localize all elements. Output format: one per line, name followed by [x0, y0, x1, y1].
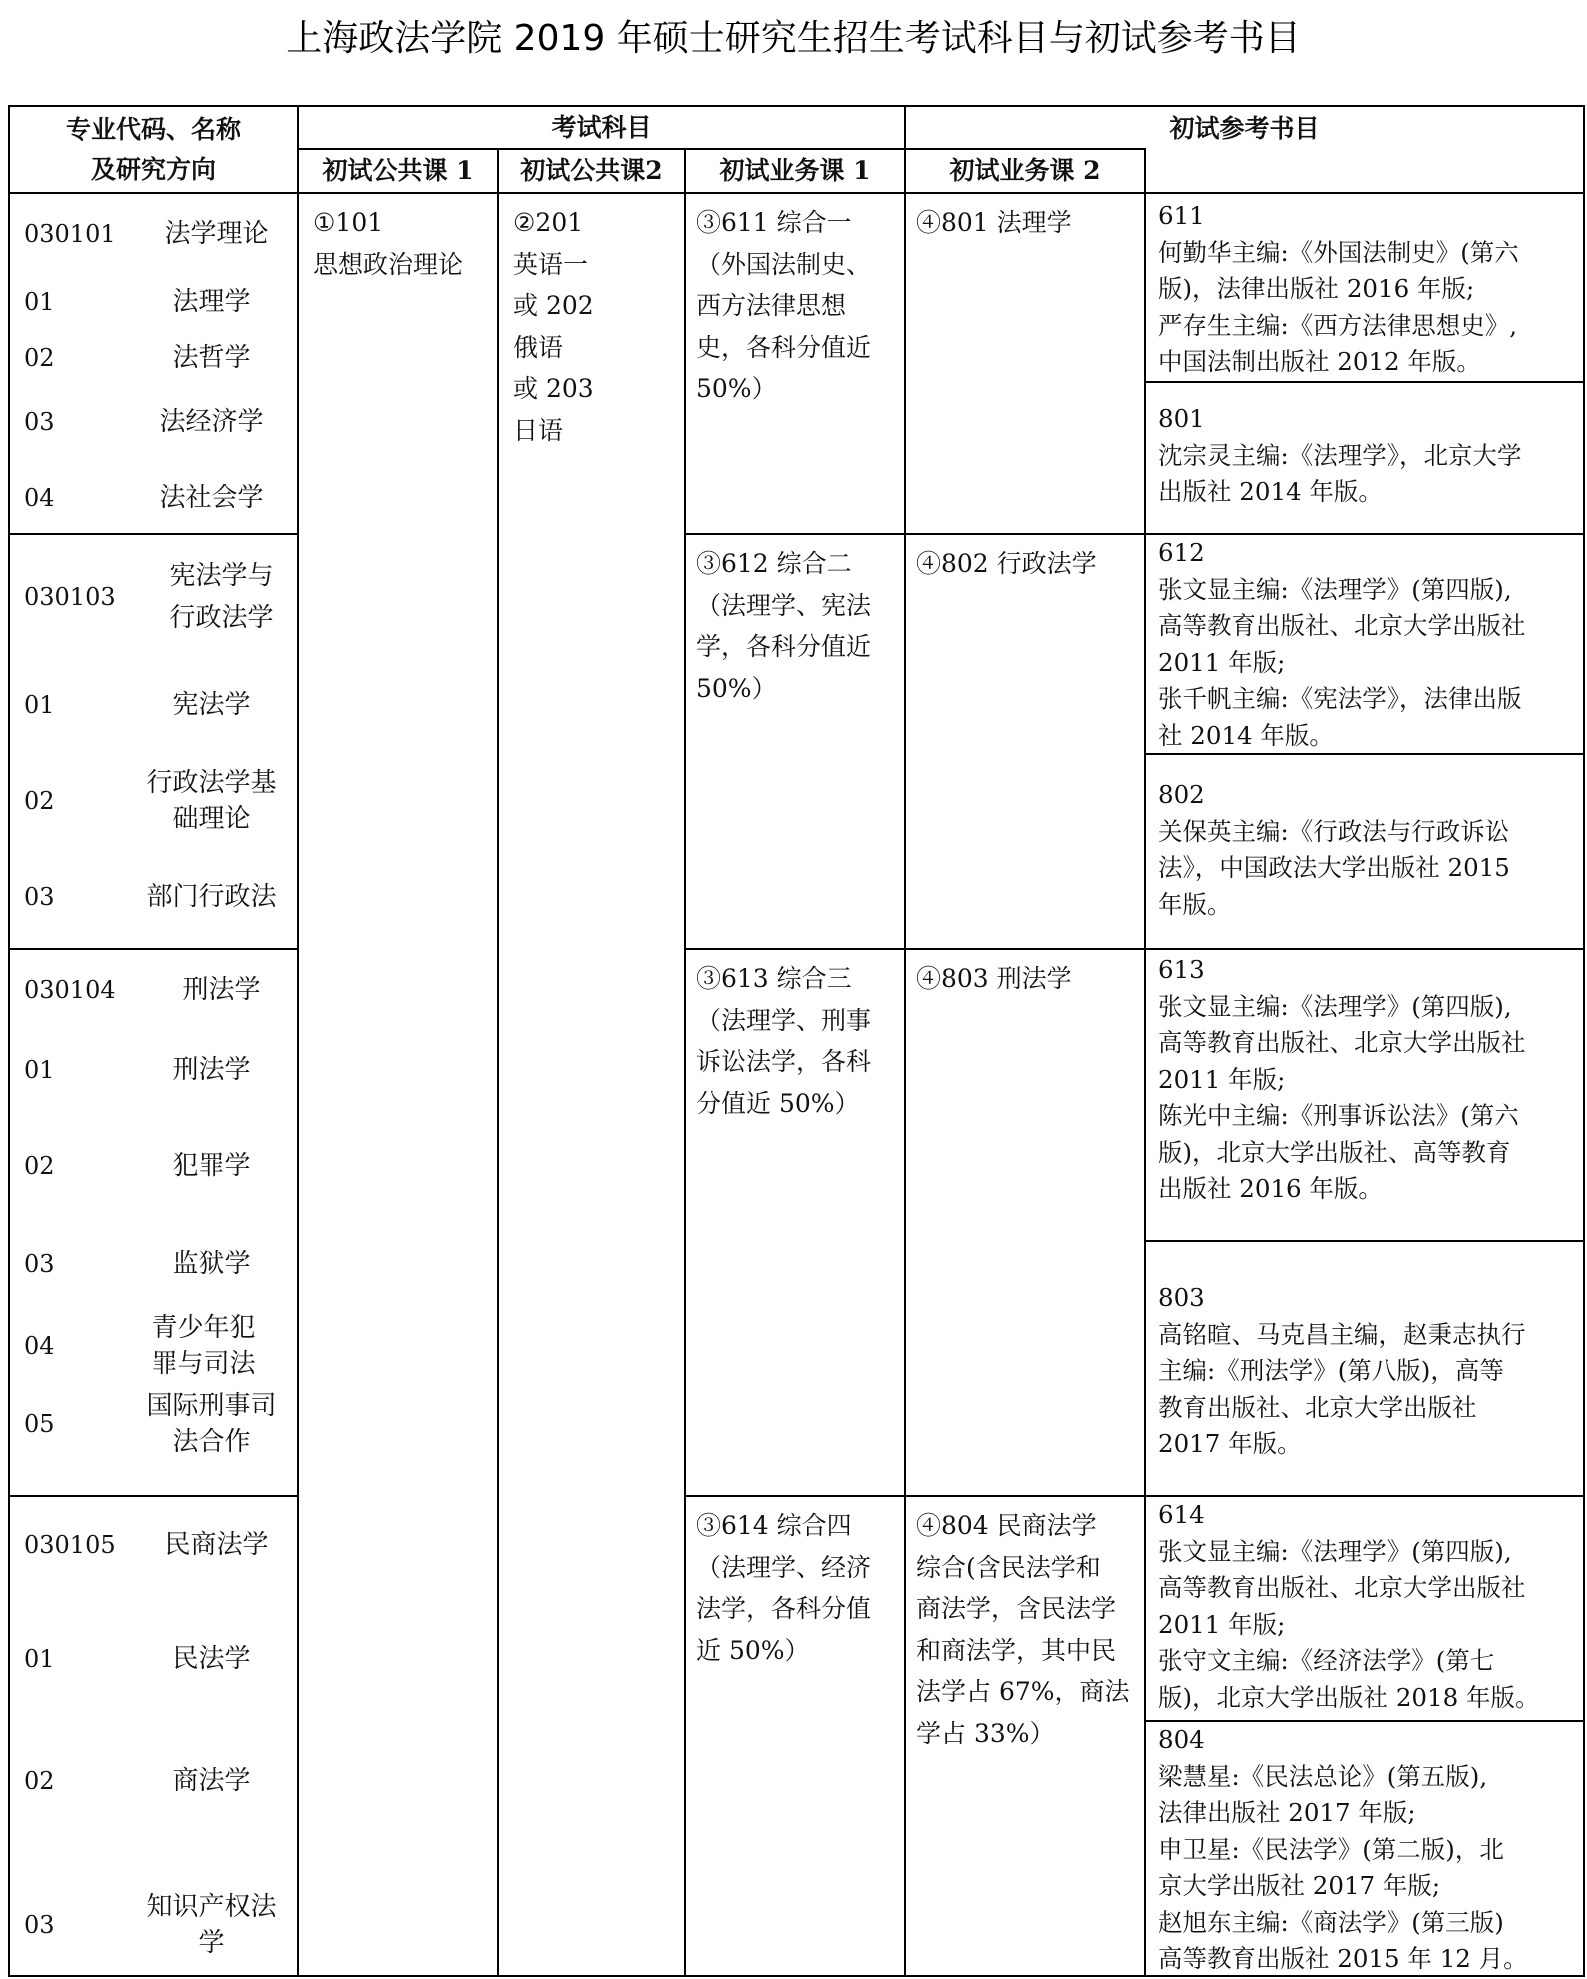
direction-name: 青少年犯罪与司法	[134, 1310, 289, 1382]
direction-name: 法社会学	[134, 480, 289, 516]
ref-code: 611	[1158, 198, 1573, 235]
ref-line: 沈宗灵主编:《法理学》，北京大学	[1158, 438, 1573, 475]
public-course-1-cell: ①101 思想政治理论	[297, 192, 499, 1977]
ref-line: 何勤华主编:《外国法制史》(第六	[1158, 235, 1573, 272]
major-name: 刑法学	[134, 972, 289, 1008]
direction-name: 法哲学	[134, 340, 289, 376]
ref-line: 张守文主编:《经济法学》(第七	[1158, 1643, 1573, 1680]
direction-code: 02	[24, 1152, 134, 1180]
ref-line: 张文显主编:《法理学》(第四版),	[1158, 989, 1573, 1026]
business2-line: ④801 法理学	[916, 202, 1136, 244]
ref-line: 张文显主编:《法理学》(第四版),	[1158, 572, 1573, 609]
header-major-label: 专业代码、名称 及研究方向	[66, 110, 241, 190]
major-name: 法学理论	[134, 216, 289, 252]
header-business-2: 初试业务课 2	[904, 148, 1146, 194]
direction-code: 02	[24, 344, 134, 372]
business-2-cell-804: ④804 民商法学 综合(含民法学和 商法学，含民法学 和商法学，其中民 法学占…	[904, 1495, 1146, 1977]
ref-cell-612: 612 张文显主编:《法理学》(第四版), 高等教育出版社、北京大学出版社 20…	[1144, 533, 1585, 755]
public2-line: 或 202	[513, 285, 676, 327]
business1-line: 法学，各科分值	[696, 1588, 896, 1630]
ref-line: 张文显主编:《法理学》(第四版),	[1158, 1534, 1573, 1571]
business2-line: 法学占 67%，商法	[916, 1671, 1136, 1713]
business-1-cell-613: ③613 综合三 （法理学、刑事 诉讼法学，各科 分值近 50%）	[684, 948, 906, 1497]
major-cell-030104: 030104刑法学 01刑法学 02犯罪学 03监狱学 04青少年犯罪与司法 0…	[8, 948, 299, 1497]
public2-line: 日语	[513, 410, 676, 452]
business-2-cell-803: ④803 刑法学	[904, 948, 1146, 1497]
business1-line: 史，各科分值近	[696, 327, 896, 369]
ref-line: 梁慧星:《民法总论》(第五版),	[1158, 1759, 1573, 1796]
ref-line: 法律出版社 2017 年版;	[1158, 1795, 1573, 1832]
business2-line: 商法学，含民法学	[916, 1588, 1136, 1630]
header-public-1-label: 初试公共课 1	[322, 151, 473, 191]
ref-code: 612	[1158, 535, 1573, 572]
major-code: 030104	[24, 976, 134, 1004]
business1-line: 50%）	[696, 368, 896, 410]
major-cell-030103: 030103宪法学与行政法学 01宪法学 02行政法学基础理论 03部门行政法	[8, 533, 299, 950]
business-1-cell-611: ③611 综合一 （外国法制史、 西方法律思想 史，各科分值近 50%）	[684, 192, 906, 535]
ref-line: 出版社 2016 年版。	[1158, 1171, 1573, 1208]
ref-line: 版)，法律出版社 2016 年版;	[1158, 271, 1573, 308]
direction-name: 法经济学	[134, 404, 289, 440]
ref-code: 804	[1158, 1722, 1573, 1759]
direction-name: 宪法学	[134, 687, 289, 723]
ref-line: 法》，中国政法大学出版社 2015	[1158, 850, 1573, 887]
business-1-cell-614: ③614 综合四 （法理学、经济 法学，各科分值 近 50%）	[684, 1495, 906, 1977]
header-major: 专业代码、名称 及研究方向	[8, 105, 299, 194]
public-course-2-cell: ②201 英语一 或 202 俄语 或 203 日语	[497, 192, 686, 1977]
ref-line: 中国法制出版社 2012 年版。	[1158, 344, 1573, 381]
business1-line: （法理学、经济	[696, 1547, 896, 1589]
direction-code: 03	[24, 408, 134, 436]
business-1-cell-612: ③612 综合二 （法理学、宪法 学，各科分值近 50%）	[684, 533, 906, 950]
direction-code: 02	[24, 787, 134, 815]
business2-line: 学占 33%）	[916, 1713, 1136, 1755]
ref-cell-801: 801 沈宗灵主编:《法理学》，北京大学 出版社 2014 年版。	[1144, 381, 1585, 535]
ref-line: 2011 年版;	[1158, 1062, 1573, 1099]
direction-code: 01	[24, 288, 134, 316]
header-public-2-label: 初试公共课2	[520, 151, 662, 191]
business1-line: 西方法律思想	[696, 285, 896, 327]
direction-name: 犯罪学	[134, 1148, 289, 1184]
direction-name: 商法学	[134, 1763, 289, 1799]
header-reference-books-label: 初试参考书目	[1169, 109, 1319, 149]
ref-line: 陈光中主编:《刑事诉讼法》(第六	[1158, 1098, 1573, 1135]
ref-line: 高等教育出版社、北京大学出版社	[1158, 608, 1573, 645]
ref-line: 赵旭东主编:《商法学》(第三版)	[1158, 1905, 1573, 1942]
direction-code: 03	[24, 1250, 134, 1278]
business1-line: （法理学、宪法	[696, 585, 896, 627]
header-public-2: 初试公共课2	[497, 148, 686, 194]
direction-name: 部门行政法	[134, 879, 289, 915]
public2-line: 俄语	[513, 327, 676, 369]
business2-line: ④803 刑法学	[916, 958, 1136, 1000]
business2-line: 和商法学，其中民	[916, 1630, 1136, 1672]
business1-line: ③612 综合二	[696, 543, 896, 585]
major-cell-030101: 030101法学理论 01法理学 02法哲学 03法经济学 04法社会学	[8, 192, 299, 535]
ref-line: 教育出版社、北京大学出版社	[1158, 1390, 1573, 1427]
major-code: 030105	[24, 1531, 134, 1559]
public2-line: 或 203	[513, 368, 676, 410]
page-title: 上海政法学院 2019 年硕士研究生招生考试科目与初试参考书目	[0, 10, 1587, 61]
public2-line: ②201	[513, 202, 676, 244]
direction-code: 01	[24, 1056, 134, 1084]
direction-code: 01	[24, 1645, 134, 1673]
business-2-cell-802: ④802 行政法学	[904, 533, 1146, 950]
ref-line: 出版社 2014 年版。	[1158, 474, 1573, 511]
ref-line: 张千帆主编:《宪法学》，法律出版	[1158, 681, 1573, 718]
direction-name: 民法学	[134, 1641, 289, 1677]
direction-code: 03	[24, 1911, 134, 1939]
ref-cell-804: 804 梁慧星:《民法总论》(第五版), 法律出版社 2017 年版; 申卫星:…	[1144, 1720, 1585, 1977]
ref-code: 801	[1158, 401, 1573, 438]
business1-line: 近 50%）	[696, 1630, 896, 1672]
ref-cell-613: 613 张文显主编:《法理学》(第四版), 高等教育出版社、北京大学出版社 20…	[1144, 948, 1585, 1242]
business1-line: 分值近 50%）	[696, 1083, 896, 1125]
ref-line: 高等教育出版社、北京大学出版社	[1158, 1025, 1573, 1062]
ref-line: 2011 年版;	[1158, 1607, 1573, 1644]
business1-line: ③614 综合四	[696, 1505, 896, 1547]
ref-code: 803	[1158, 1280, 1573, 1317]
direction-code: 05	[24, 1410, 134, 1438]
business2-line: 综合(含民法学和	[916, 1547, 1136, 1589]
ref-cell-802: 802 关保英主编:《行政法与行政诉讼 法》，中国政法大学出版社 2015 年版…	[1144, 753, 1585, 950]
ref-line: 版)，北京大学出版社、高等教育	[1158, 1135, 1573, 1172]
direction-name: 知识产权法学	[134, 1889, 289, 1961]
major-cell-030105: 030105民商法学 01民法学 02商法学 03知识产权法学	[8, 1495, 299, 1977]
public1-line: 思想政治理论	[313, 244, 489, 286]
header-public-1: 初试公共课 1	[297, 148, 499, 194]
business1-line: 学，各科分值近	[696, 626, 896, 668]
business2-line: ④804 民商法学	[916, 1505, 1136, 1547]
major-code: 030101	[24, 220, 134, 248]
ref-code: 614	[1158, 1497, 1573, 1534]
ref-line: 2011 年版;	[1158, 645, 1573, 682]
direction-name: 刑法学	[134, 1052, 289, 1088]
ref-code: 613	[1158, 952, 1573, 989]
business1-line: ③611 综合一	[696, 202, 896, 244]
ref-line: 主编:《刑法学》(第八版)，高等	[1158, 1353, 1573, 1390]
direction-code: 03	[24, 883, 134, 911]
public2-line: 英语一	[513, 244, 676, 286]
direction-name: 国际刑事司法合作	[134, 1388, 289, 1460]
ref-cell-614: 614 张文显主编:《法理学》(第四版), 高等教育出版社、北京大学出版社 20…	[1144, 1495, 1585, 1722]
ref-code: 802	[1158, 777, 1573, 814]
ref-line: 2017 年版。	[1158, 1426, 1573, 1463]
direction-name: 法理学	[134, 284, 289, 320]
major-code: 030103	[24, 583, 134, 611]
header-exam-subjects: 考试科目	[297, 105, 906, 150]
major-name: 宪法学与行政法学	[134, 555, 289, 639]
direction-code: 04	[24, 1332, 134, 1360]
direction-code: 04	[24, 484, 134, 512]
header-exam-subjects-label: 考试科目	[551, 108, 651, 148]
ref-line: 高铭暄、马克昌主编，赵秉志执行	[1158, 1317, 1573, 1354]
ref-line: 高等教育出版社、北京大学出版社	[1158, 1570, 1573, 1607]
business1-line: （法理学、刑事	[696, 1000, 896, 1042]
business-2-cell-801: ④801 法理学	[904, 192, 1146, 535]
header-business-1-label: 初试业务课 1	[719, 151, 870, 191]
ref-line: 京大学出版社 2017 年版;	[1158, 1868, 1573, 1905]
business1-line: 50%）	[696, 668, 896, 710]
major-name: 民商法学	[134, 1527, 289, 1563]
direction-code: 01	[24, 691, 134, 719]
ref-line: 申卫星:《民法学》(第二版)，北	[1158, 1832, 1573, 1869]
header-business-2-label: 初试业务课 2	[949, 151, 1100, 191]
direction-name: 监狱学	[134, 1246, 289, 1282]
ref-line: 社 2014 年版。	[1158, 718, 1573, 755]
ref-line: 严存生主编:《西方法律思想史》,	[1158, 308, 1573, 345]
ref-line: 关保英主编:《行政法与行政诉讼	[1158, 814, 1573, 851]
ref-line: 高等教育出版社 2015 年 12 月。	[1158, 1941, 1573, 1978]
business2-line: ④802 行政法学	[916, 543, 1136, 585]
business1-line: 诉讼法学，各科	[696, 1041, 896, 1083]
ref-line: 年版。	[1158, 887, 1573, 924]
business1-line: ③613 综合三	[696, 958, 896, 1000]
ref-line: 版)，北京大学出版社 2018 年版。	[1158, 1680, 1573, 1717]
business1-line: （外国法制史、	[696, 244, 896, 286]
direction-name: 行政法学基础理论	[134, 765, 289, 837]
ref-cell-611: 611 何勤华主编:《外国法制史》(第六 版)，法律出版社 2016 年版; 严…	[1144, 192, 1585, 383]
header-business-1: 初试业务课 1	[684, 148, 906, 194]
public1-line: ①101	[313, 202, 489, 244]
ref-cell-803: 803 高铭暄、马克昌主编，赵秉志执行 主编:《刑法学》(第八版)，高等 教育出…	[1144, 1240, 1585, 1497]
direction-code: 02	[24, 1767, 134, 1795]
